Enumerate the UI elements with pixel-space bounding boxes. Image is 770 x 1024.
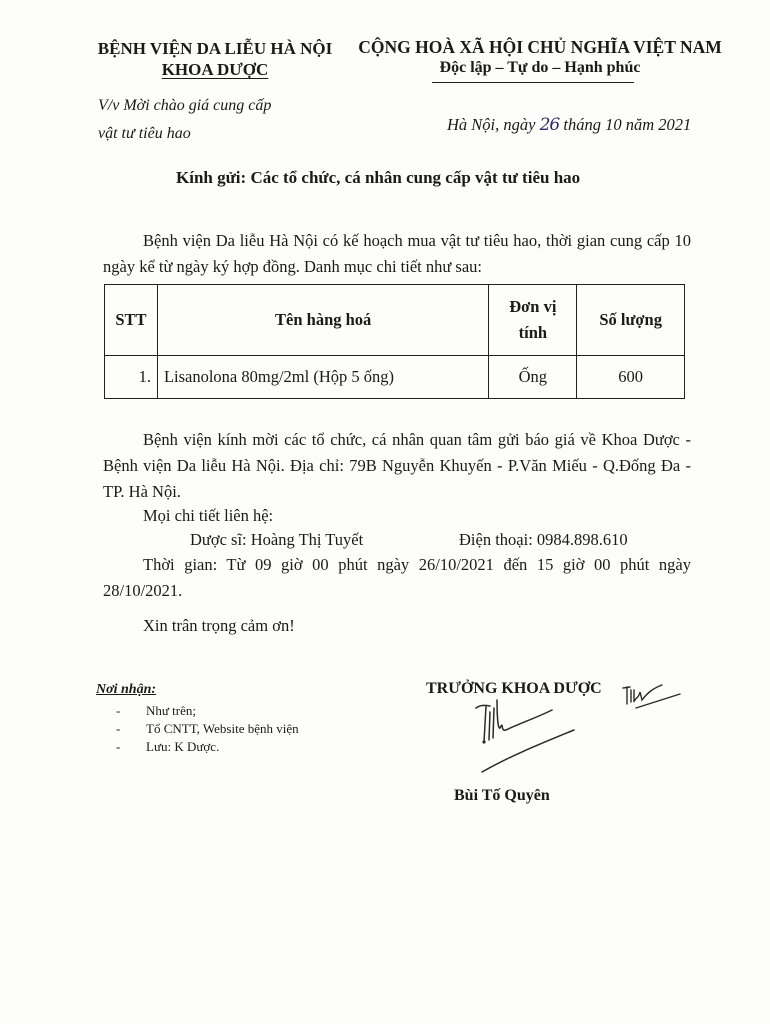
national-motto: Độc lập – Tự do – Hạnh phúc xyxy=(350,58,730,78)
header-stt: STT xyxy=(105,285,158,356)
recipients-title: Nơi nhận: xyxy=(96,682,156,698)
national-header: CỘNG HOÀ XÃ HỘI CHỦ NGHĨA VIỆT NAM Độc l… xyxy=(350,36,730,78)
header-unit: Đơn vị tính xyxy=(489,285,577,356)
motto-underline xyxy=(432,82,634,83)
issuing-organization: BỆNH VIỆN DA LIỄU HÀ NỘI KHOA DƯỢC xyxy=(80,38,350,80)
organization-name: BỆNH VIỆN DA LIỄU HÀ NỘI xyxy=(80,38,350,59)
recipients-list: -Như trên; -Tổ CNTT, Website bệnh viện -… xyxy=(116,702,299,756)
department-name: KHOA DƯỢC xyxy=(80,59,350,80)
cell-quantity: 600 xyxy=(577,356,685,399)
intro-paragraph: Bệnh viện Da liễu Hà Nội có kế hoạch mua… xyxy=(103,228,691,280)
signature-icon xyxy=(470,690,590,780)
signatory-name: Bùi Tố Quyên xyxy=(454,787,550,805)
recipient-item: -Như trên; xyxy=(116,702,299,720)
invitation-paragraph: Bệnh viện kính mời các tổ chức, cá nhân … xyxy=(103,427,691,505)
cell-stt: 1. xyxy=(105,356,158,399)
contact-phone: Điện thoại: 0984.898.610 xyxy=(459,530,628,550)
recipient-item: -Lưu: K Dược. xyxy=(116,738,299,756)
time-window-paragraph: Thời gian: Từ 09 giờ 00 phút ngày 26/10/… xyxy=(103,552,691,604)
closing-line: Xin trân trọng cảm ơn! xyxy=(143,616,295,636)
recipient-line: Kính gửi: Các tổ chức, cá nhân cung cấp … xyxy=(176,168,580,188)
place-and-date: Hà Nội, ngày 26 tháng 10 năm 2021 xyxy=(447,115,691,135)
document-subject: V/v Mời chào giá cung cấp vật tư tiêu ha… xyxy=(98,92,271,148)
nation-title: CỘNG HOÀ XÃ HỘI CHỦ NGHĨA VIỆT NAM xyxy=(350,36,730,58)
intro-text: Bệnh viện Da liễu Hà Nội có kế hoạch mua… xyxy=(103,231,691,276)
table-row: 1. Lisanolona 80mg/2ml (Hộp 5 ống) Ống 6… xyxy=(105,356,685,399)
recipient-item: -Tổ CNTT, Website bệnh viện xyxy=(116,720,299,738)
table-header-row: STT Tên hàng hoá Đơn vị tính Số lượng xyxy=(105,285,685,356)
subject-line-2: vật tư tiêu hao xyxy=(98,120,271,148)
date-prefix: Hà Nội, ngày xyxy=(447,115,540,134)
contact-person: Dược sĩ: Hoàng Thị Tuyết xyxy=(190,530,363,550)
cell-name: Lisanolona 80mg/2ml (Hộp 5 ống) xyxy=(157,356,488,399)
handwritten-day: 26 xyxy=(540,115,560,135)
header-name: Tên hàng hoá xyxy=(157,285,488,356)
subject-line-1: V/v Mời chào giá cung cấp xyxy=(98,92,271,120)
time-window-text: Thời gian: Từ 09 giờ 00 phút ngày 26/10/… xyxy=(103,555,691,600)
items-table: STT Tên hàng hoá Đơn vị tính Số lượng 1.… xyxy=(104,284,685,399)
header-quantity: Số lượng xyxy=(577,285,685,356)
cell-unit: Ống xyxy=(489,356,577,399)
date-suffix: tháng 10 năm 2021 xyxy=(559,115,691,134)
invitation-text: Bệnh viện kính mời các tổ chức, cá nhân … xyxy=(103,430,691,501)
contact-label: Mọi chi tiết liên hệ: xyxy=(143,506,273,526)
initial-mark-icon xyxy=(620,678,690,718)
